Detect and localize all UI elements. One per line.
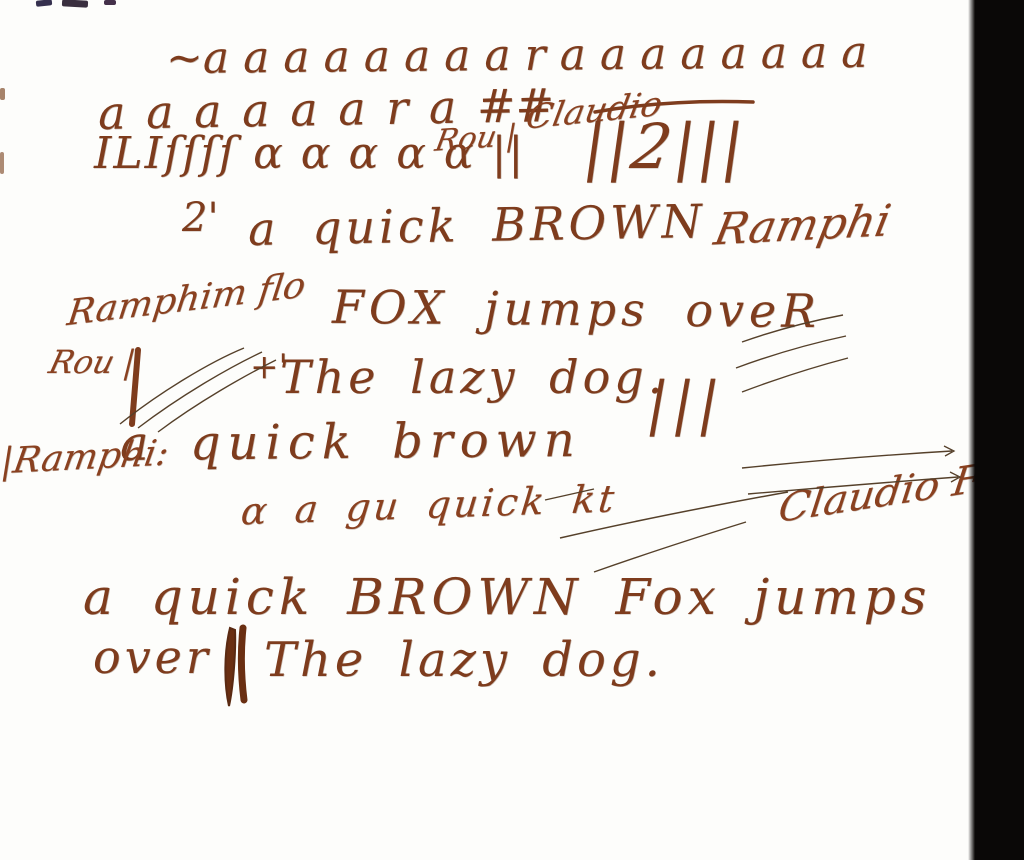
ink-mark bbox=[0, 152, 4, 174]
signature-rou-2: Rou | bbox=[46, 346, 139, 378]
scanned-calligraphy-page: ~a a a a a a a a r a a a a a a a a a a a… bbox=[0, 0, 1024, 860]
scanner-black-band bbox=[968, 0, 1024, 860]
ink-blot bbox=[225, 628, 244, 706]
tally-marks-2: ||| bbox=[643, 374, 730, 432]
signature-claudio-2: Claudio F bbox=[776, 459, 983, 529]
ink-mark bbox=[104, 0, 116, 5]
pangram-line-6: The lazy dog. bbox=[264, 636, 664, 684]
pangram-1-prefix: 2' bbox=[182, 198, 218, 238]
signature-ramphi-1: Ramphi bbox=[711, 200, 894, 253]
pangram-line-5: a quick BROWN Fox jumps bbox=[83, 572, 931, 622]
pangram-line-1: a quick BROWN bbox=[248, 198, 707, 252]
signature-ramphi-2: Ramphim flo bbox=[65, 268, 307, 332]
pangram-line-4: a quick brown bbox=[120, 416, 582, 468]
ink-mark bbox=[0, 88, 5, 100]
signature-ramphi-3: |Ramphi: bbox=[0, 436, 171, 481]
signature-rou-1: Rou | bbox=[433, 121, 519, 156]
pangram-line-2: FOX jumps oveR bbox=[332, 284, 821, 334]
practice-row-letters-a-1: ~a a a a a a a a r a a a a a a a a bbox=[166, 31, 868, 81]
ink-mark bbox=[36, 0, 53, 7]
pangram-line-3: The lazy dog. bbox=[280, 354, 666, 400]
practice-phrase-line: α a gu quick kt bbox=[239, 479, 619, 530]
ink-mark bbox=[62, 0, 88, 8]
tally-marks-1: ||2||| bbox=[580, 116, 751, 178]
pangram-word-over: over bbox=[93, 634, 212, 680]
